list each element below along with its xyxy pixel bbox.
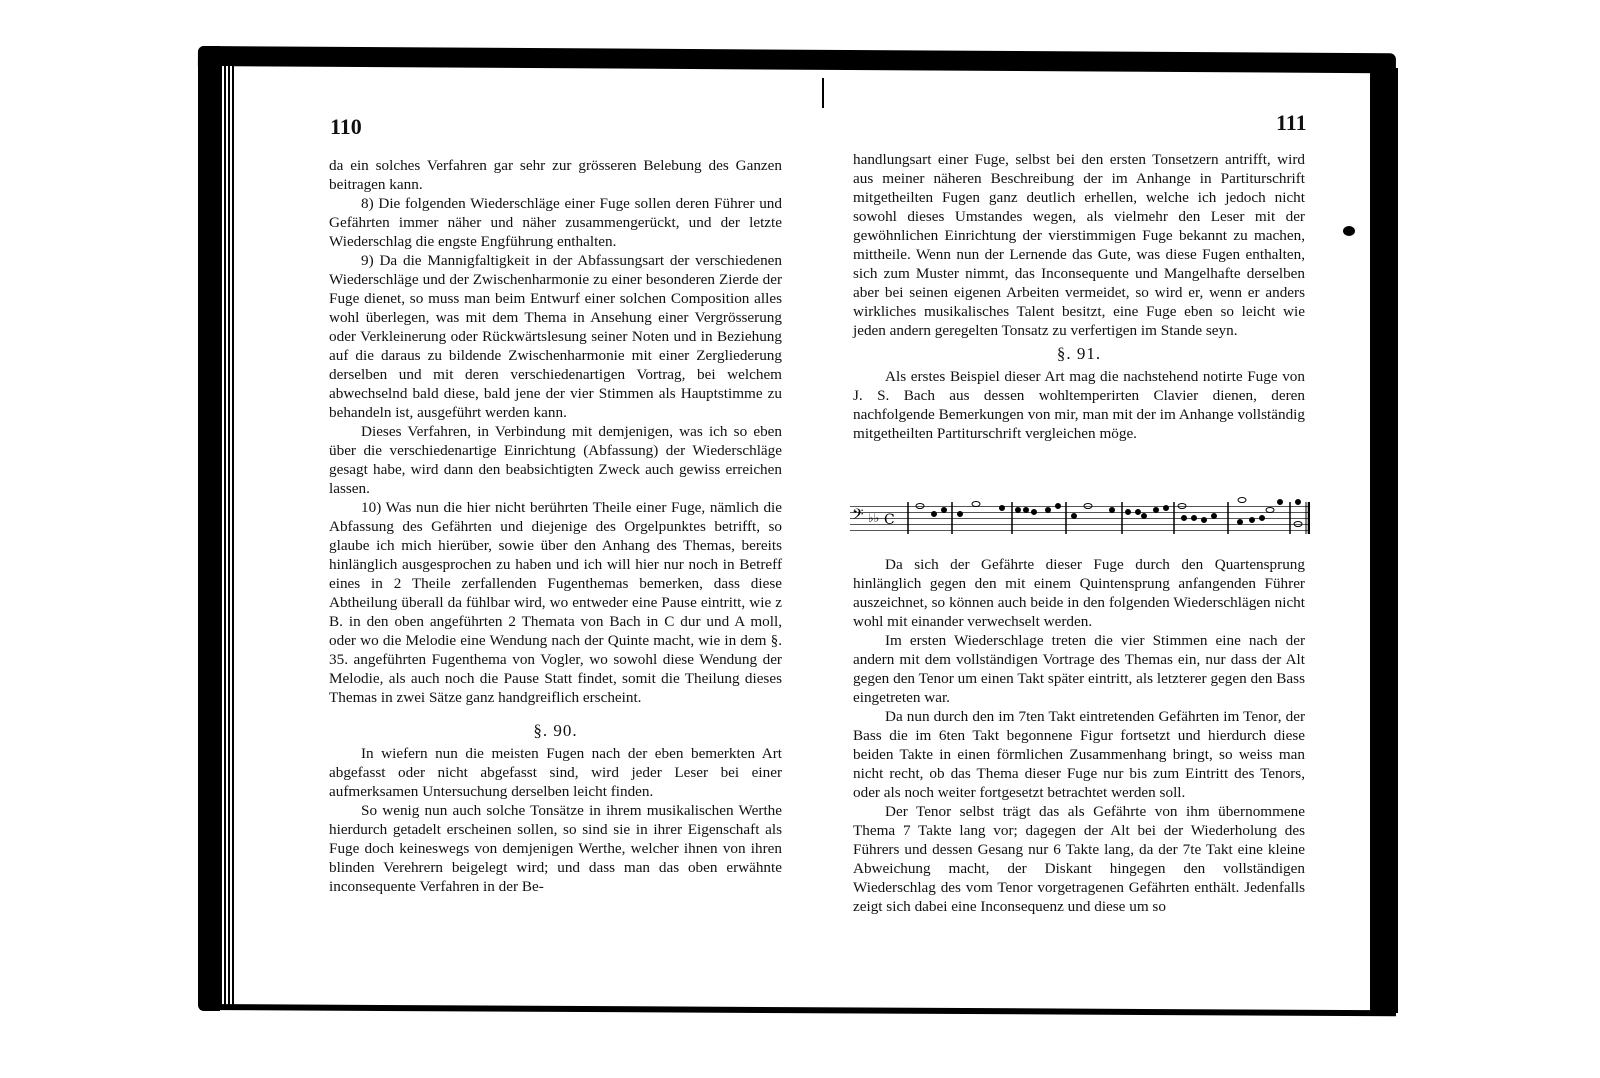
svg-text:♭♭: ♭♭ — [868, 511, 879, 525]
music-notation-icon: 𝄢 ♭♭ C — [850, 496, 1310, 536]
svg-text:C: C — [884, 512, 895, 528]
ink-blot — [1343, 226, 1355, 236]
section-heading: §. 91. — [853, 344, 1305, 363]
paragraph: Dieses Verfahren, in Verbindung mit demj… — [329, 422, 782, 498]
paragraph: So wenig nun auch solche Tonsätze in ihr… — [329, 801, 782, 896]
page-number-right: 111 — [1276, 110, 1307, 136]
paragraph: da ein solches Verfahren gar sehr zur gr… — [329, 156, 782, 194]
paragraph: handlungsart einer Fuge, selbst bei den … — [853, 150, 1305, 340]
book-cover-right-edge — [1370, 68, 1398, 1013]
paragraph: 10) Was nun die hier nicht berührten The… — [329, 498, 782, 707]
paragraph: 8) Die folgenden Wiederschläge einer Fug… — [329, 194, 782, 251]
paragraph: Als erstes Beispiel dieser Art mag die n… — [853, 367, 1305, 443]
section-heading: §. 90. — [329, 721, 782, 740]
paragraph: Da nun durch den im 7ten Takt eintretend… — [853, 707, 1305, 802]
svg-text:𝄢: 𝄢 — [852, 506, 864, 527]
paragraph: In wiefern nun die meisten Fugen nach de… — [329, 744, 782, 801]
book-cover-bottom-edge — [200, 1004, 1396, 1016]
paragraph: Der Tenor selbst trägt das als Gefährte … — [853, 802, 1305, 916]
left-page-body: da ein solches Verfahren gar sehr zur gr… — [329, 156, 782, 896]
paragraph: Da sich der Gefährte dieser Fuge durch d… — [853, 555, 1305, 631]
page-edges-left — [220, 66, 234, 1006]
book-cover-left-edge — [198, 46, 220, 1011]
paragraph: Im ersten Wiederschlage treten die vier … — [853, 631, 1305, 707]
book-gutter — [822, 78, 824, 108]
music-example-staff: 𝄢 ♭♭ C — [850, 500, 1310, 532]
page-number-left: 110 — [330, 114, 362, 140]
book-cover-top-edge — [198, 46, 1396, 73]
paragraph: 9) Da die Mannigfaltigkeit in der Abfass… — [329, 251, 782, 422]
